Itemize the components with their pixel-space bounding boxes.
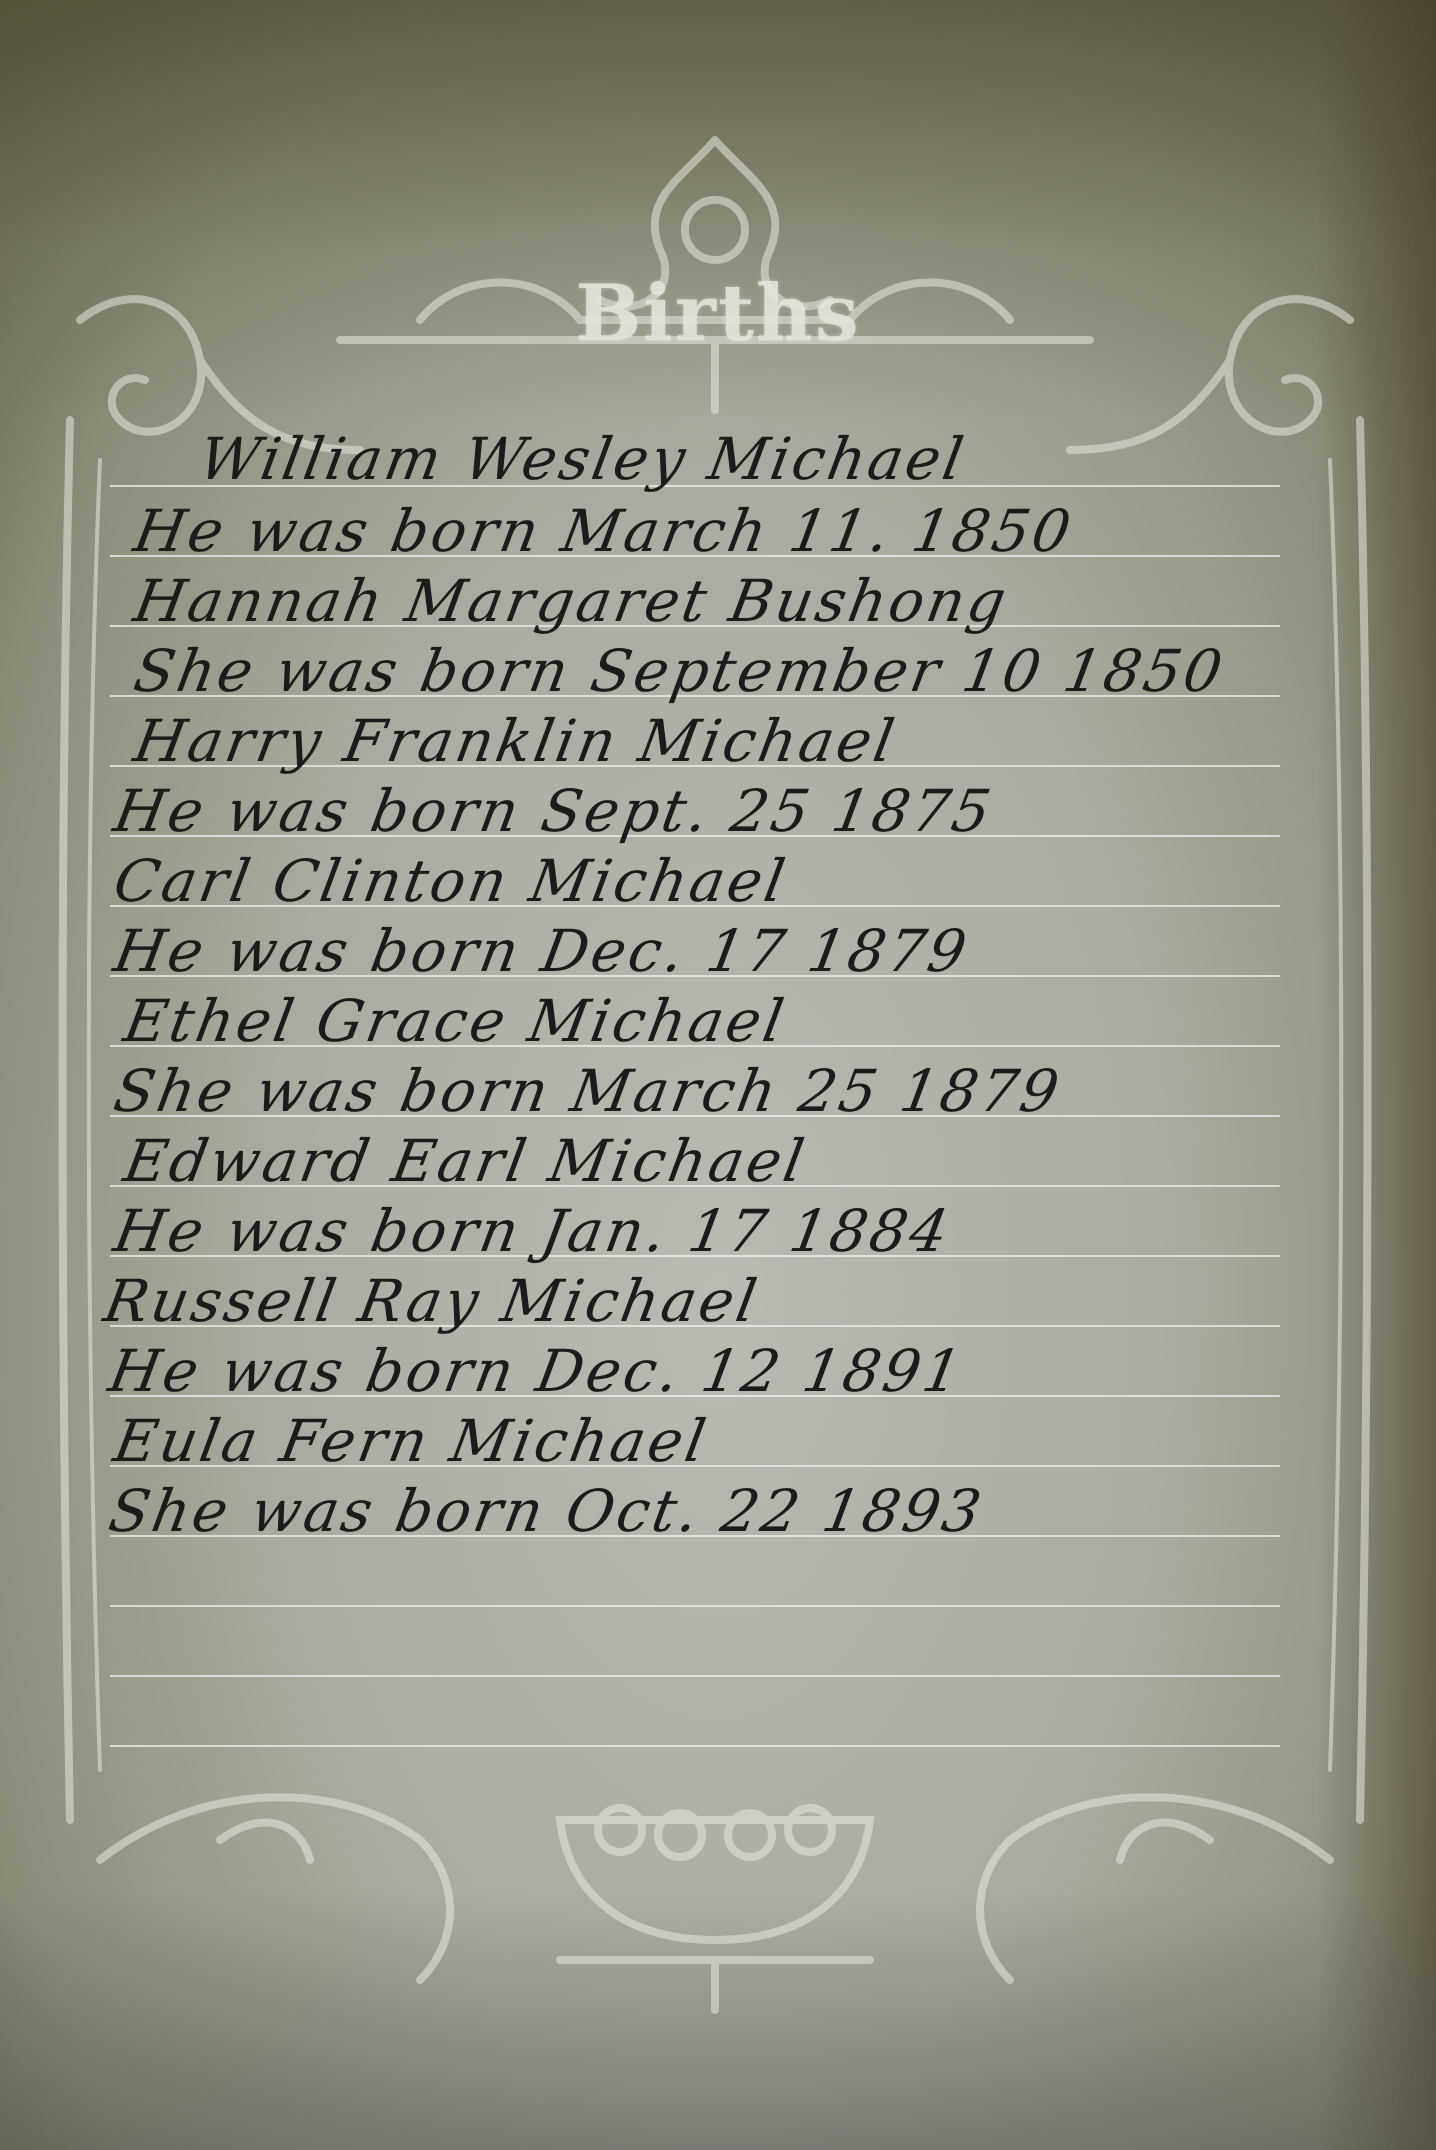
births-record-page: Births William Wesley Michael He was bor… [0, 0, 1436, 2150]
record-name: Ethel Grace Michael [119, 987, 791, 1055]
record-name: Carl Clinton Michael [109, 847, 793, 915]
rule-line [110, 1745, 1280, 1747]
record-name: Hannah Margaret Bushong [129, 567, 1014, 635]
record-name: Harry Franklin Michael [129, 707, 902, 775]
rule-line [110, 1605, 1280, 1607]
record-name: Eula Fern Michael [109, 1407, 713, 1475]
record-birth: She was born Oct. 22 1893 [104, 1477, 989, 1545]
record-birth: He was born Dec. 17 1879 [109, 917, 974, 985]
record-name: William Wesley Michael [194, 425, 971, 493]
record-birth: She was born March 25 1879 [109, 1057, 1067, 1125]
record-birth: He was born Dec. 12 1891 [104, 1337, 969, 1405]
page-title: Births [0, 268, 1436, 359]
record-name: Russell Ray Michael [99, 1267, 764, 1335]
record-birth: He was born Jan. 17 1884 [109, 1197, 956, 1265]
record-birth: She was born September 10 1850 [129, 637, 1230, 705]
record-birth: He was born March 11. 1850 [129, 497, 1079, 565]
rule-line [110, 1675, 1280, 1677]
record-name: Edward Earl Michael [119, 1127, 812, 1195]
record-birth: He was born Sept. 25 1875 [109, 777, 999, 845]
